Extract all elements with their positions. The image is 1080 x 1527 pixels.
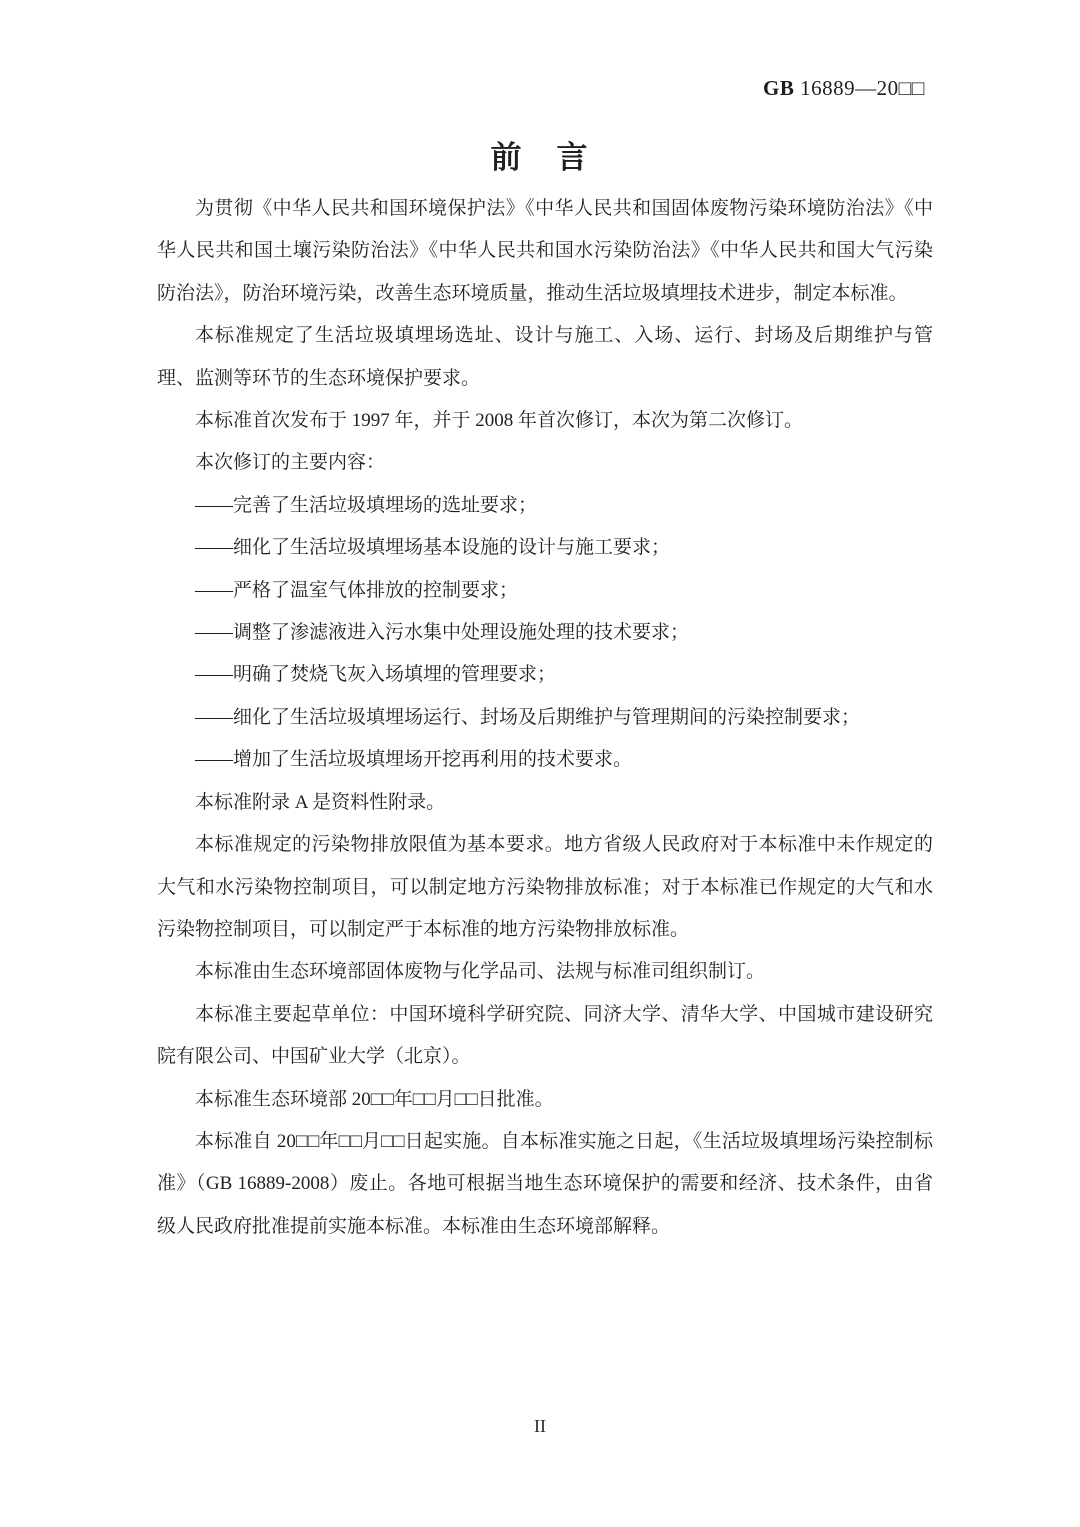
standard-code-number: 16889—20□□ bbox=[794, 76, 925, 100]
revision-list-item: ——调整了渗滤液进入污水集中处理设施处理的技术要求； bbox=[157, 612, 933, 654]
page-title: 前 言 bbox=[0, 132, 1080, 177]
revision-list-item: ——严格了温室气体排放的控制要求； bbox=[157, 570, 933, 612]
standard-code-prefix: GB bbox=[763, 76, 794, 100]
document-body: 为贯彻《中华人民共和国环境保护法》《中华人民共和国固体废物污染环境防治法》《中华… bbox=[157, 188, 933, 1248]
paragraph-organizer: 本标准由生态环境部固体废物与化学品司、法规与标准司组织制订。 bbox=[157, 951, 933, 993]
revision-list-item: ——增加了生活垃圾填埋场开挖再利用的技术要求。 bbox=[157, 739, 933, 781]
revision-list-item: ——细化了生活垃圾填埋场基本设施的设计与施工要求； bbox=[157, 527, 933, 569]
paragraph-approval: 本标准生态环境部 20□□年□□月□□日批准。 bbox=[157, 1079, 933, 1121]
paragraph-appendix: 本标准附录 A 是资料性附录。 bbox=[157, 782, 933, 824]
revision-list-item: ——明确了焚烧飞灰入场填埋的管理要求； bbox=[157, 654, 933, 696]
paragraph-scope: 本标准规定了生活垃圾填埋场选址、设计与施工、入场、运行、封场及后期维护与管理、监… bbox=[157, 315, 933, 400]
document-page: GB 16889—20□□ 前 言 为贯彻《中华人民共和国环境保护法》《中华人民… bbox=[0, 0, 1080, 1527]
paragraph-revision-intro: 本次修订的主要内容： bbox=[157, 442, 933, 484]
paragraph-drafters: 本标准主要起草单位：中国环境科学研究院、同济大学、清华大学、中国城市建设研究院有… bbox=[157, 994, 933, 1079]
page-number: II bbox=[534, 1416, 546, 1436]
paragraph-history: 本标准首次发布于 1997 年，并于 2008 年首次修订，本次为第二次修订。 bbox=[157, 400, 933, 442]
paragraph-limits: 本标准规定的污染物排放限值为基本要求。地方省级人民政府对于本标准中未作规定的大气… bbox=[157, 824, 933, 951]
revision-list-item: ——完善了生活垃圾填埋场的选址要求； bbox=[157, 485, 933, 527]
paragraph-implementation: 本标准自 20□□年□□月□□日起实施。自本标准实施之日起，《生活垃圾填埋场污染… bbox=[157, 1121, 933, 1248]
revision-list-item: ——细化了生活垃圾填埋场运行、封场及后期维护与管理期间的污染控制要求； bbox=[157, 697, 933, 739]
page-footer: II bbox=[0, 1416, 1080, 1437]
document-header: GB 16889—20□□ bbox=[0, 76, 925, 101]
standard-code: GB 16889—20□□ bbox=[763, 76, 925, 100]
paragraph-purpose: 为贯彻《中华人民共和国环境保护法》《中华人民共和国固体废物污染环境防治法》《中华… bbox=[157, 188, 933, 315]
